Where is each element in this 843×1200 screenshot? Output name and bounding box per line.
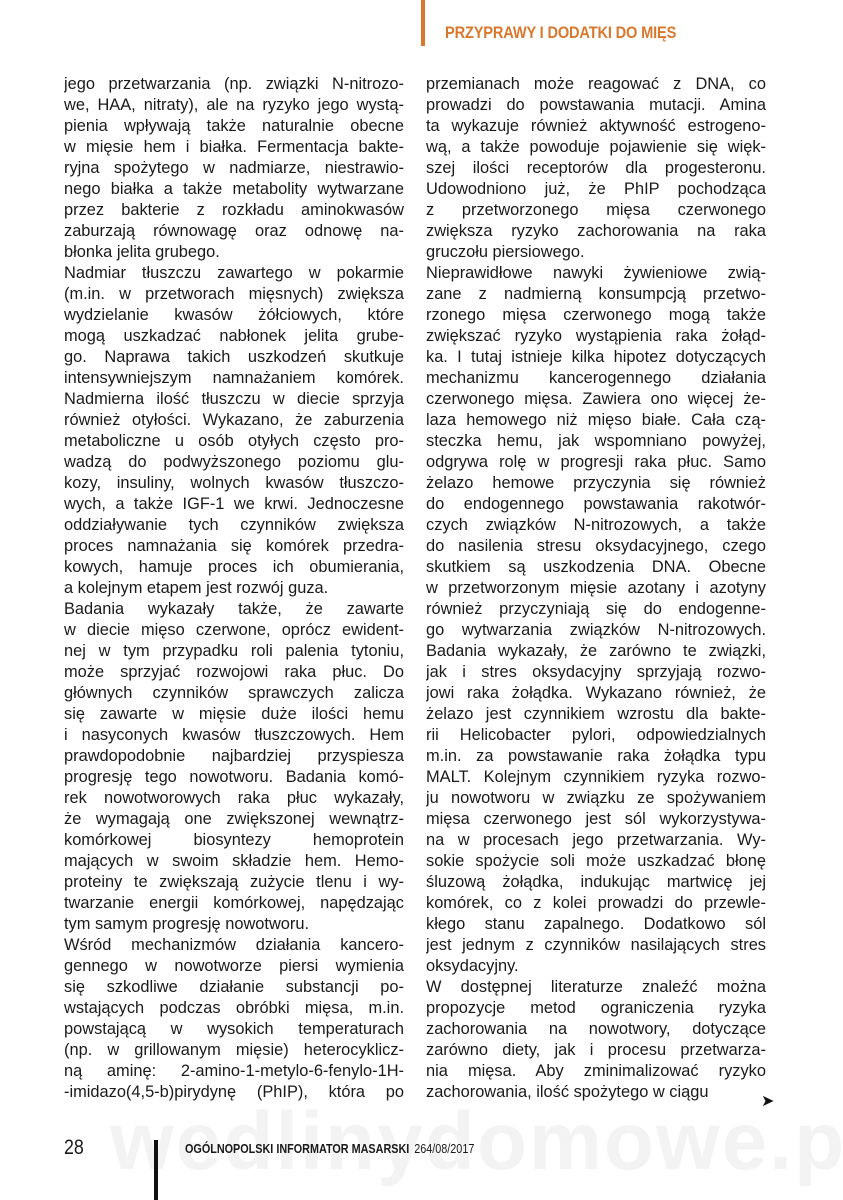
- text-line: również przyczyniają się do endogenne-: [426, 599, 766, 620]
- text-line: prawdopodobnie najbardziej przyspiesza: [64, 746, 404, 767]
- text-line: zwiększa ryzyko zachorowania na raka: [426, 221, 766, 242]
- text-line: (m.in. w przetworach mięsnych) zwiększa: [64, 284, 404, 305]
- text-line: mięsa czerwonego jest sól wykorzystywa-: [426, 809, 766, 830]
- text-line: prowadzi do powstawania mutacji. Amina: [426, 95, 766, 116]
- text-line: (np. w grillowanym mięsie) heterocyklicz…: [64, 1040, 404, 1061]
- text-line: wych, a także IGF-1 we krwi. Jednoczesne: [64, 494, 404, 515]
- text-line: na w procesach jego przetwarzania. Wy-: [426, 830, 766, 851]
- text-line: go wytwarzania związków N-nitrozowych.: [426, 620, 766, 641]
- text-line: ta wykazuje również aktywność estrogeno-: [426, 116, 766, 137]
- text-line: gennego w nowotworze piersi wymienia: [64, 956, 404, 977]
- text-line: jowi raka żołądka. Wykazano również, że: [426, 683, 766, 704]
- text-line: komórkowej biosyntezy hemoprotein: [64, 830, 404, 851]
- text-line: zwiększać ryzyko wystąpienia raka żołąd-: [426, 326, 766, 347]
- text-line: może sprzyjać rozwojowi raka płuc. Do: [64, 662, 404, 683]
- text-line: rek nowotworowych raka płuc wykazały,: [64, 788, 404, 809]
- text-line: kozy, insuliny, wolnych kwasów tłuszczo-: [64, 473, 404, 494]
- text-line: głównych czynników sprawczych zalicza: [64, 683, 404, 704]
- text-line: propozycje metod ograniczenia ryzyka: [426, 998, 766, 1019]
- text-line: wstających podczas obróbki mięsa, m.in.: [64, 998, 404, 1019]
- text-line: pienia wpływają także naturalnie obecne: [64, 116, 404, 137]
- text-line: w mięsie hem i białka. Fermentacja bakte…: [64, 137, 404, 158]
- text-line: nego białka a także metabolity wytwarzan…: [64, 179, 404, 200]
- text-line: zane z nadmierną konsumpcją przetwo-: [426, 284, 766, 305]
- publication-name: OGÓLNOPOLSKI INFORMATOR MASARSKI: [185, 1141, 409, 1156]
- text-line: odgrywa rolę w progresji raka płuc. Samo: [426, 452, 766, 473]
- text-line: wydzielanie kwasów żółciowych, które: [64, 305, 404, 326]
- text-line: czych związków N-nitrozowych, a także: [426, 515, 766, 536]
- text-line: ryjna spożytego w nadmiarze, niestrawio-: [64, 158, 404, 179]
- text-line: go. Naprawa takich uszkodzeń skutkuje: [64, 347, 404, 368]
- text-line: progresję tego nowotworu. Badania komó-: [64, 767, 404, 788]
- text-line: w przetworzonym mięsie azotany i azotyny: [426, 578, 766, 599]
- text-line: Nadmierna ilość tłuszczu w diecie sprzyj…: [64, 389, 404, 410]
- text-line: wą, a także powoduje pojawienie się więk…: [426, 137, 766, 158]
- text-line: oddziaływanie tych czynników zwiększa: [64, 515, 404, 536]
- text-line: rzonego mięsa czerwonego mogą także: [426, 305, 766, 326]
- text-line: Nadmiar tłuszczu zawartego w pokarmie: [64, 263, 404, 284]
- text-line: jest jednym z czynników nasilających str…: [426, 935, 766, 956]
- text-line: przez bakterie z rozkładu aminokwasów: [64, 200, 404, 221]
- text-line: -imidazo(4,5-b)pirydynę (PhIP), która po: [64, 1082, 404, 1103]
- text-line: nia mięsa. Aby zminimalizować ryzyko: [426, 1061, 766, 1082]
- text-line: przemianach może reagować z DNA, co: [426, 74, 766, 95]
- text-line: metaboliczne u osób otyłych często pro-: [64, 431, 404, 452]
- text-line: do nasilenia stresu oksydacyjnego, czego: [426, 536, 766, 557]
- text-line: błonka jelita grubego.: [64, 242, 404, 263]
- text-line: zachorowania na nowotwory, dotyczące: [426, 1019, 766, 1040]
- text-line: gruczołu piersiowego.: [426, 242, 766, 263]
- text-line: nej w tym przypadku roli palenia tytoniu…: [64, 641, 404, 662]
- text-line: laza hemowego niż mięso białe. Cała czą-: [426, 410, 766, 431]
- text-line: śluzową żołądka, indukując martwicę jej: [426, 872, 766, 893]
- text-line: się szkodliwe działanie substancji po-: [64, 977, 404, 998]
- text-line: żelazo jest czynnikiem wzrostu dla bakte…: [426, 704, 766, 725]
- article-column-right: przemianach może reagować z DNA, coprowa…: [426, 74, 766, 1103]
- text-line: ka. I tutaj istnieje kilka hipotez dotyc…: [426, 347, 766, 368]
- text-line: wadzą do podwyższonego poziomu glu-: [64, 452, 404, 473]
- text-line: Badania wykazały także, że zawarte: [64, 599, 404, 620]
- issue-number: 264/08/2017: [414, 1141, 474, 1156]
- text-line: rii Helicobacter pylori, odpowiedzialnyc…: [426, 725, 766, 746]
- text-line: z przetworzonego mięsa czerwonego: [426, 200, 766, 221]
- text-line: intensywniejszym namnażaniem komórek.: [64, 368, 404, 389]
- text-line: mogą uszkadzać nabłonek jelita grube-: [64, 326, 404, 347]
- text-line: żelazo hemowe przyczynia się również: [426, 473, 766, 494]
- text-line: m.in. za powstawanie raka żołądka typu: [426, 746, 766, 767]
- text-line: i nasyconych kwasów tłuszczowych. Hem: [64, 725, 404, 746]
- article-column-left: jego przetwarzania (np. związki N-nitroz…: [64, 74, 404, 1103]
- text-line: szej ilości receptorów dla progesteronu.: [426, 158, 766, 179]
- text-line: proteiny te zwiększają zużycie tlenu i w…: [64, 872, 404, 893]
- text-line: W dostępnej literaturze znaleźć można: [426, 977, 766, 998]
- footer-divider-bar: [154, 1140, 158, 1200]
- text-line: do endogennego powstawania rakotwór-: [426, 494, 766, 515]
- text-line: w diecie mięso czerwone, oprócz ewident-: [64, 620, 404, 641]
- text-line: Nieprawidłowe nawyki żywieniowe zwią-: [426, 263, 766, 284]
- text-line: steczka hemu, jak wspomniano powyżej,: [426, 431, 766, 452]
- text-line: się zawarte w mięsie duże ilości hemu: [64, 704, 404, 725]
- text-line: zachorowania, ilość spożytego w ciągu: [426, 1082, 766, 1103]
- text-line: kowych, hamuje proces ich obumierania,: [64, 557, 404, 578]
- text-line: oksydacyjny.: [426, 956, 766, 977]
- text-line: sokie spożycie soli może uszkadzać błonę: [426, 851, 766, 872]
- text-line: również otyłości. Wykazano, że zaburzeni…: [64, 410, 404, 431]
- text-line: komórek, co z kolei prowadzi do przewle-: [426, 893, 766, 914]
- text-line: we, HAA, nitraty), ale na ryzyko jego wy…: [64, 95, 404, 116]
- text-line: że wymagają one zwiększonej wewnątrz-: [64, 809, 404, 830]
- text-line: czerwonego mięsa. Zawiera ono więcej że-: [426, 389, 766, 410]
- text-line: powstającą w wysokich temperaturach: [64, 1019, 404, 1040]
- header-accent-bar: [421, 0, 425, 46]
- text-line: MALT. Kolejnym czynnikiem ryzyka rozwo-: [426, 767, 766, 788]
- text-line: Badania wykazały, że zarówno te związki,: [426, 641, 766, 662]
- footer-publication: OGÓLNOPOLSKI INFORMATOR MASARSKI264/08/2…: [185, 1141, 474, 1156]
- page-number: 28: [64, 1136, 84, 1160]
- text-line: zarówno diety, jak i procesu przetwarza-: [426, 1040, 766, 1061]
- text-line: jego przetwarzania (np. związki N-nitroz…: [64, 74, 404, 95]
- text-line: jak i stres oksydacyjny sprzyjają rozwo-: [426, 662, 766, 683]
- text-line: Wśród mechanizmów działania kancero-: [64, 935, 404, 956]
- text-line: twarzanie energii komórkowej, napędzając: [64, 893, 404, 914]
- text-line: mających w swoim składzie hem. Hemo-: [64, 851, 404, 872]
- text-line: mechanizmu kancerogennego działania: [426, 368, 766, 389]
- text-line: zaburzają równowagę oraz odnowę na-: [64, 221, 404, 242]
- text-line: a kolejnym etapem jest rozwój guza.: [64, 578, 404, 599]
- text-line: Udowodniono już, że PhIP pochodząca: [426, 179, 766, 200]
- section-title: PRZYPRAWY I DODATKI DO MIĘS: [445, 23, 676, 43]
- text-line: tym samym progresję nowotworu.: [64, 914, 404, 935]
- text-line: kłego stanu zapalnego. Dodatkowo sól: [426, 914, 766, 935]
- text-line: proces namnażania się komórek przedra-: [64, 536, 404, 557]
- continue-arrow-icon: ➤: [761, 1091, 774, 1111]
- text-line: skutkiem są uszkodzenia DNA. Obecne: [426, 557, 766, 578]
- text-line: ju nowotworu w związku ze spożywaniem: [426, 788, 766, 809]
- text-line: ną aminę: 2-amino-1-metylo-6-fenylo-1H-: [64, 1061, 404, 1082]
